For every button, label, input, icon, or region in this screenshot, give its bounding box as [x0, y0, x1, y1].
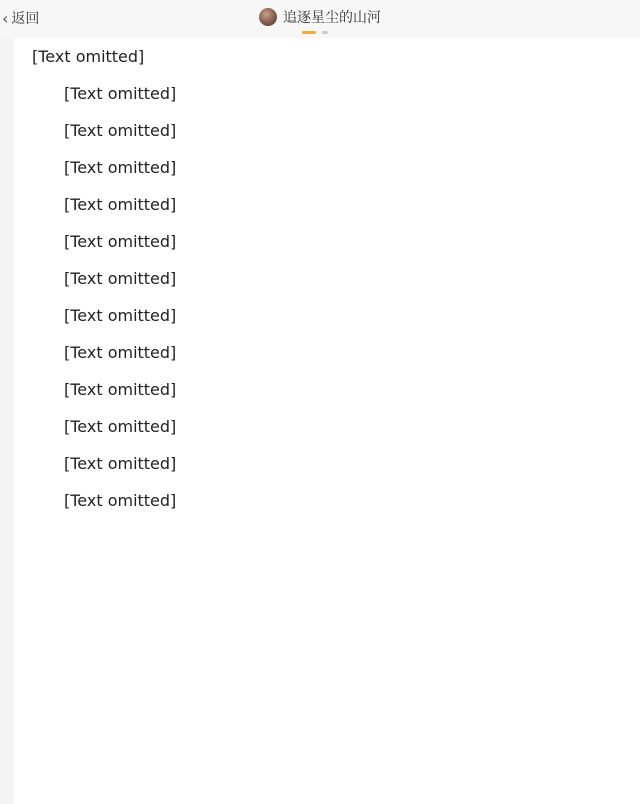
paragraph: [Text omitted]: [32, 266, 624, 291]
article-body[interactable]: [Text omitted] [Text omitted] [Text omit…: [14, 38, 640, 804]
paragraph: [Text omitted]: [32, 414, 624, 439]
avatar[interactable]: [259, 8, 277, 26]
paragraph: [Text omitted]: [32, 229, 624, 254]
paragraph: [Text omitted]: [32, 118, 624, 143]
page-dot-active: [302, 31, 316, 34]
top-bar: ‹ 返回 追逐星尘的山河: [0, 0, 640, 38]
paragraph: [Text omitted]: [32, 488, 624, 513]
paragraph: [Text omitted]: [32, 155, 624, 180]
paragraph: [Text omitted]: [32, 377, 624, 402]
paragraph: [Text omitted]: [32, 81, 624, 106]
paragraph: [Text omitted]: [32, 303, 624, 328]
author-info[interactable]: 追逐星尘的山河: [259, 7, 381, 27]
paragraph: [Text omitted]: [32, 451, 624, 476]
back-label: 返回: [11, 8, 39, 28]
chevron-left-icon: ‹: [2, 9, 8, 28]
page-indicator: [302, 31, 328, 34]
back-button[interactable]: ‹ 返回: [2, 8, 39, 28]
paragraph: [Text omitted]: [32, 340, 624, 365]
page-dot: [322, 31, 328, 34]
author-name: 追逐星尘的山河: [283, 7, 381, 27]
paragraph: [Text omitted]: [32, 44, 624, 69]
paragraph: [Text omitted]: [32, 192, 624, 217]
